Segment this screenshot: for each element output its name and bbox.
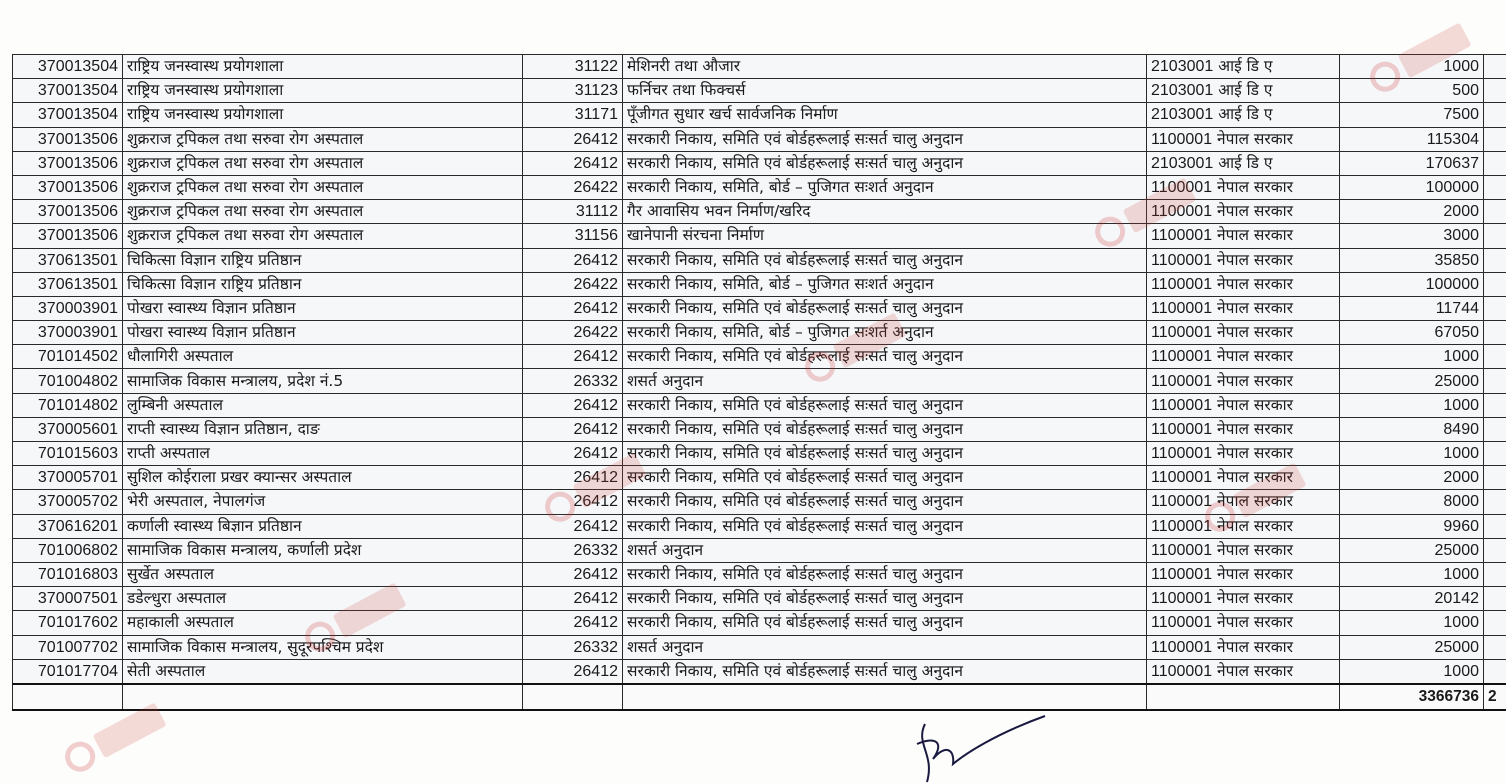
source-code: 1100001 xyxy=(1151,445,1212,462)
source-code: 1100001 xyxy=(1151,373,1212,390)
funding-source-cell: 1100001 नेपाल सरकार xyxy=(1147,296,1340,320)
economic-code-cell: 31112 xyxy=(523,200,623,224)
office-name-cell: सेती अस्पताल xyxy=(123,659,523,684)
amount-cell: 115304 xyxy=(1340,127,1484,151)
budget-code-cell: 701016803 xyxy=(13,562,123,586)
economic-code-cell: 26412 xyxy=(523,393,623,417)
funding-source-cell: 1100001 नेपाल सरकार xyxy=(1147,393,1340,417)
economic-code-cell: 26412 xyxy=(523,490,623,514)
economic-description-cell: सरकारी निकाय, समिति एवं बोर्डहरूलाई सःसर… xyxy=(623,514,1147,538)
extra-cell xyxy=(1484,175,1506,199)
table-row: 370005702भेरी अस्पताल, नेपालगंज26412सरका… xyxy=(13,490,1506,514)
source-code: 1100001 xyxy=(1151,203,1212,220)
extra-cell xyxy=(1484,224,1506,248)
table-row: 701017602महाकाली अस्पताल26412सरकारी निका… xyxy=(13,611,1506,635)
economic-code-cell: 26422 xyxy=(523,321,623,345)
economic-code-cell: 26412 xyxy=(523,248,623,272)
source-code: 2103001 xyxy=(1151,58,1213,75)
source-name: नेपाल सरकार xyxy=(1217,130,1293,148)
source-code: 1100001 xyxy=(1151,421,1212,438)
economic-description-cell: फर्निचर तथा फिक्चर्स xyxy=(623,79,1147,103)
table-row: 370003901पोखरा स्वास्थ्य विज्ञान प्रतिष्… xyxy=(13,296,1506,320)
amount-cell: 1000 xyxy=(1340,562,1484,586)
source-name: नेपाल सरकार xyxy=(1217,347,1293,365)
table-row: 370013504राष्ट्रिय जनस्वास्थ प्रयोगशाला3… xyxy=(13,103,1506,127)
source-code: 1100001 xyxy=(1151,300,1212,317)
source-code: 1100001 xyxy=(1151,590,1212,607)
budget-code-cell: 370013504 xyxy=(13,79,123,103)
amount-cell: 1000 xyxy=(1340,659,1484,684)
budget-code-cell: 701006802 xyxy=(13,538,123,562)
source-code: 1100001 xyxy=(1151,469,1212,486)
source-name: आई डि ए xyxy=(1218,105,1272,123)
table-row: 370013506शुक्रराज ट्रपिकल तथा सरुवा रोग … xyxy=(13,224,1506,248)
amount-cell: 170637 xyxy=(1340,151,1484,175)
source-name: नेपाल सरकार xyxy=(1217,275,1293,293)
funding-source-cell: 1100001 नेपाल सरकार xyxy=(1147,490,1340,514)
source-name: नेपाल सरकार xyxy=(1217,662,1293,680)
economic-code-cell: 26332 xyxy=(523,369,623,393)
office-name-cell: राप्ती स्वास्थ्य विज्ञान प्रतिष्ठान, दाङ xyxy=(123,417,523,441)
source-name: नेपाल सरकार xyxy=(1217,226,1293,244)
source-name: नेपाल सरकार xyxy=(1217,541,1293,559)
funding-source-cell: 1100001 नेपाल सरकार xyxy=(1147,321,1340,345)
economic-code-cell: 31156 xyxy=(523,224,623,248)
economic-description-cell: सरकारी निकाय, समिति एवं बोर्डहरूलाई सःसर… xyxy=(623,127,1147,151)
amount-cell: 1000 xyxy=(1340,55,1484,79)
amount-cell: 500 xyxy=(1340,79,1484,103)
source-name: नेपाल सरकार xyxy=(1217,638,1293,656)
source-name: नेपाल सरकार xyxy=(1217,202,1293,220)
table-row: 701004802सामाजिक विकास मन्त्रालय, प्रदेश… xyxy=(13,369,1506,393)
economic-description-cell: सरकारी निकाय, समिति एवं बोर्डहरूलाई सःसर… xyxy=(623,296,1147,320)
economic-code-cell: 26412 xyxy=(523,127,623,151)
budget-code-cell: 370013506 xyxy=(13,127,123,151)
source-name: आई डि ए xyxy=(1218,57,1272,75)
amount-cell: 67050 xyxy=(1340,321,1484,345)
amount-cell: 25000 xyxy=(1340,635,1484,659)
economic-description-cell: सरकारी निकाय, समिति एवं बोर्डहरूलाई सःसर… xyxy=(623,248,1147,272)
economic-description-cell: सरकारी निकाय, समिति, बोर्ड – पुजिगत सःशर… xyxy=(623,272,1147,296)
economic-description-cell: शसर्त अनुदान xyxy=(623,369,1147,393)
extra-cell xyxy=(1484,369,1506,393)
funding-source-cell: 1100001 नेपाल सरकार xyxy=(1147,587,1340,611)
economic-code-cell: 26412 xyxy=(523,659,623,684)
economic-code-cell: 26412 xyxy=(523,345,623,369)
extra-cell xyxy=(1484,200,1506,224)
source-name: नेपाल सरकार xyxy=(1217,565,1293,583)
extra-cell xyxy=(1484,272,1506,296)
extra-cell xyxy=(1484,635,1506,659)
total-empty-cell xyxy=(123,684,523,710)
table-row: 370013504राष्ट्रिय जनस्वास्थ प्रयोगशाला3… xyxy=(13,55,1506,79)
economic-description-cell: पूँजीगत सुधार खर्च सार्वजनिक निर्माण xyxy=(623,103,1147,127)
economic-description-cell: सरकारी निकाय, समिति एवं बोर्डहरूलाई सःसर… xyxy=(623,345,1147,369)
funding-source-cell: 1100001 नेपाल सरकार xyxy=(1147,272,1340,296)
table-row: 701014802लुम्बिनी अस्पताल26412सरकारी निक… xyxy=(13,393,1506,417)
office-name-cell: पोखरा स्वास्थ्य विज्ञान प्रतिष्ठान xyxy=(123,321,523,345)
source-code: 1100001 xyxy=(1151,324,1212,341)
total-extra-partial: 2 xyxy=(1484,684,1506,710)
amount-cell: 25000 xyxy=(1340,369,1484,393)
budget-code-cell: 370613501 xyxy=(13,272,123,296)
source-code: 1100001 xyxy=(1151,348,1212,365)
economic-code-cell: 26422 xyxy=(523,175,623,199)
budget-code-cell: 370013504 xyxy=(13,55,123,79)
extra-cell xyxy=(1484,393,1506,417)
budget-sheet: 370013504राष्ट्रिय जनस्वास्थ प्रयोगशाला3… xyxy=(12,54,1506,711)
funding-source-cell: 1100001 नेपाल सरकार xyxy=(1147,175,1340,199)
economic-description-cell: सरकारी निकाय, समिति, बोर्ड – पुजिगत सःशर… xyxy=(623,321,1147,345)
extra-cell xyxy=(1484,127,1506,151)
source-code: 1100001 xyxy=(1151,639,1212,656)
table-row: 701016803सुर्खेत अस्पताल26412सरकारी निका… xyxy=(13,562,1506,586)
total-amount: 3366736 xyxy=(1340,684,1484,710)
economic-description-cell: सरकारी निकाय, समिति एवं बोर्डहरूलाई सःसर… xyxy=(623,393,1147,417)
source-code: 1100001 xyxy=(1151,518,1212,535)
economic-code-cell: 26422 xyxy=(523,272,623,296)
table-body: 370013504राष्ट्रिय जनस्वास्थ प्रयोगशाला3… xyxy=(13,55,1506,684)
amount-cell: 7500 xyxy=(1340,103,1484,127)
table-row: 370005601राप्ती स्वास्थ्य विज्ञान प्रतिष… xyxy=(13,417,1506,441)
source-code: 1100001 xyxy=(1151,227,1212,244)
funding-source-cell: 1100001 नेपाल सरकार xyxy=(1147,635,1340,659)
extra-cell xyxy=(1484,659,1506,684)
budget-code-cell: 370007501 xyxy=(13,587,123,611)
economic-code-cell: 26332 xyxy=(523,635,623,659)
budget-code-cell: 370005702 xyxy=(13,490,123,514)
funding-source-cell: 1100001 नेपाल सरकार xyxy=(1147,538,1340,562)
amount-cell: 25000 xyxy=(1340,538,1484,562)
extra-cell xyxy=(1484,296,1506,320)
source-code: 1100001 xyxy=(1151,663,1212,680)
table-row: 370013506शुक्रराज ट्रपिकल तथा सरुवा रोग … xyxy=(13,175,1506,199)
economic-description-cell: शसर्त अनुदान xyxy=(623,538,1147,562)
funding-source-cell: 1100001 नेपाल सरकार xyxy=(1147,417,1340,441)
total-empty-cell xyxy=(13,684,123,710)
extra-cell xyxy=(1484,466,1506,490)
funding-source-cell: 2103001 आई डि ए xyxy=(1147,79,1340,103)
total-row: 3366736 2 xyxy=(13,684,1506,710)
economic-description-cell: गैर आवासिय भवन निर्माण/खरिद xyxy=(623,200,1147,224)
budget-code-cell: 370013506 xyxy=(13,151,123,175)
source-code: 1100001 xyxy=(1151,131,1212,148)
office-name-cell: शुक्रराज ट्रपिकल तथा सरुवा रोग अस्पताल xyxy=(123,127,523,151)
amount-cell: 35850 xyxy=(1340,248,1484,272)
office-name-cell: महाकाली अस्पताल xyxy=(123,611,523,635)
economic-code-cell: 26412 xyxy=(523,296,623,320)
funding-source-cell: 1100001 नेपाल सरकार xyxy=(1147,127,1340,151)
funding-source-cell: 1100001 नेपाल सरकार xyxy=(1147,248,1340,272)
economic-description-cell: सरकारी निकाय, समिति एवं बोर्डहरूलाई सःसर… xyxy=(623,442,1147,466)
source-name: नेपाल सरकार xyxy=(1217,613,1293,631)
economic-description-cell: खानेपानी संरचना निर्माण xyxy=(623,224,1147,248)
extra-cell xyxy=(1484,79,1506,103)
office-name-cell: सुशिल कोईराला प्रखर क्यान्सर अस्पताल xyxy=(123,466,523,490)
source-code: 1100001 xyxy=(1151,276,1212,293)
amount-cell: 9960 xyxy=(1340,514,1484,538)
office-name-cell: कर्णाली स्वास्थ्य बिज्ञान प्रतिष्ठान xyxy=(123,514,523,538)
table-row: 370003901पोखरा स्वास्थ्य विज्ञान प्रतिष्… xyxy=(13,321,1506,345)
source-code: 1100001 xyxy=(1151,614,1212,631)
extra-cell xyxy=(1484,442,1506,466)
budget-code-cell: 370013504 xyxy=(13,103,123,127)
economic-description-cell: शसर्त अनुदान xyxy=(623,635,1147,659)
source-name: नेपाल सरकार xyxy=(1217,251,1293,269)
source-name: नेपाल सरकार xyxy=(1217,492,1293,510)
economic-description-cell: सरकारी निकाय, समिति एवं बोर्डहरूलाई सःसर… xyxy=(623,587,1147,611)
funding-source-cell: 1100001 नेपाल सरकार xyxy=(1147,659,1340,684)
economic-code-cell: 31122 xyxy=(523,55,623,79)
funding-source-cell: 1100001 नेपाल सरकार xyxy=(1147,611,1340,635)
extra-cell xyxy=(1484,321,1506,345)
table-row: 370613501चिकित्सा विज्ञान राष्ट्रिय प्रत… xyxy=(13,272,1506,296)
budget-code-cell: 370616201 xyxy=(13,514,123,538)
office-name-cell: डडेल्धुरा अस्पताल xyxy=(123,587,523,611)
amount-cell: 8000 xyxy=(1340,490,1484,514)
funding-source-cell: 1100001 नेपाल सरकार xyxy=(1147,345,1340,369)
total-empty-cell xyxy=(1147,684,1340,710)
source-name: आई डि ए xyxy=(1218,81,1272,99)
economic-code-cell: 31123 xyxy=(523,79,623,103)
office-name-cell: राष्ट्रिय जनस्वास्थ प्रयोगशाला xyxy=(123,103,523,127)
economic-description-cell: सरकारी निकाय, समिति एवं बोर्डहरूलाई सःसर… xyxy=(623,417,1147,441)
budget-code-cell: 701004802 xyxy=(13,369,123,393)
source-name: नेपाल सरकार xyxy=(1217,444,1293,462)
funding-source-cell: 1100001 नेपाल सरकार xyxy=(1147,562,1340,586)
amount-cell: 11744 xyxy=(1340,296,1484,320)
budget-code-cell: 701007702 xyxy=(13,635,123,659)
table-row: 370616201कर्णाली स्वास्थ्य बिज्ञान प्रति… xyxy=(13,514,1506,538)
budget-code-cell: 370005701 xyxy=(13,466,123,490)
table-row: 370005701सुशिल कोईराला प्रखर क्यान्सर अस… xyxy=(13,466,1506,490)
source-name: नेपाल सरकार xyxy=(1217,396,1293,414)
office-name-cell: चिकित्सा विज्ञान राष्ट्रिय प्रतिष्ठान xyxy=(123,272,523,296)
source-name: नेपाल सरकार xyxy=(1217,372,1293,390)
budget-code-cell: 370003901 xyxy=(13,321,123,345)
source-name: नेपाल सरकार xyxy=(1217,468,1293,486)
budget-code-cell: 370005601 xyxy=(13,417,123,441)
economic-description-cell: सरकारी निकाय, समिति, बोर्ड – पुजिगत सःशर… xyxy=(623,175,1147,199)
budget-code-cell: 701014802 xyxy=(13,393,123,417)
extra-cell xyxy=(1484,345,1506,369)
budget-code-cell: 701015603 xyxy=(13,442,123,466)
economic-code-cell: 26332 xyxy=(523,538,623,562)
amount-cell: 3000 xyxy=(1340,224,1484,248)
source-code: 2103001 xyxy=(1151,106,1213,123)
office-name-cell: लुम्बिनी अस्पताल xyxy=(123,393,523,417)
source-name: नेपाल सरकार xyxy=(1217,517,1293,535)
source-name: नेपाल सरकार xyxy=(1217,420,1293,438)
economic-description-cell: मेशिनरी तथा औजार xyxy=(623,55,1147,79)
office-name-cell: सामाजिक विकास मन्त्रालय, कर्णाली प्रदेश xyxy=(123,538,523,562)
amount-cell: 20142 xyxy=(1340,587,1484,611)
funding-source-cell: 1100001 नेपाल सरकार xyxy=(1147,369,1340,393)
amount-cell: 2000 xyxy=(1340,466,1484,490)
source-code: 1100001 xyxy=(1151,179,1212,196)
office-name-cell: शुक्रराज ट्रपिकल तथा सरुवा रोग अस्पताल xyxy=(123,224,523,248)
funding-source-cell: 2103001 आई डि ए xyxy=(1147,55,1340,79)
extra-cell xyxy=(1484,611,1506,635)
source-code: 1100001 xyxy=(1151,566,1212,583)
office-name-cell: सामाजिक विकास मन्त्रालय, प्रदेश नं.5 xyxy=(123,369,523,393)
amount-cell: 2000 xyxy=(1340,200,1484,224)
signature-mark xyxy=(905,714,1055,783)
office-name-cell: राष्ट्रिय जनस्वास्थ प्रयोगशाला xyxy=(123,79,523,103)
economic-code-cell: 31171 xyxy=(523,103,623,127)
amount-cell: 1000 xyxy=(1340,611,1484,635)
table-row: 370013506शुक्रराज ट्रपिकल तथा सरुवा रोग … xyxy=(13,151,1506,175)
economic-description-cell: सरकारी निकाय, समिति एवं बोर्डहरूलाई सःसर… xyxy=(623,611,1147,635)
office-name-cell: भेरी अस्पताल, नेपालगंज xyxy=(123,490,523,514)
economic-code-cell: 26412 xyxy=(523,587,623,611)
source-code: 1100001 xyxy=(1151,493,1212,510)
office-name-cell: शुक्रराज ट्रपिकल तथा सरुवा रोग अस्पताल xyxy=(123,200,523,224)
extra-cell xyxy=(1484,587,1506,611)
table-row: 370613501चिकित्सा विज्ञान राष्ट्रिय प्रत… xyxy=(13,248,1506,272)
budget-code-cell: 701017704 xyxy=(13,659,123,684)
budget-table: 370013504राष्ट्रिय जनस्वास्थ प्रयोगशाला3… xyxy=(12,54,1506,711)
table-row: 701007702सामाजिक विकास मन्त्रालय, सुदूरप… xyxy=(13,635,1506,659)
extra-cell xyxy=(1484,417,1506,441)
economic-description-cell: सरकारी निकाय, समिति एवं बोर्डहरूलाई सःसर… xyxy=(623,562,1147,586)
extra-cell xyxy=(1484,562,1506,586)
office-name-cell: राष्ट्रिय जनस्वास्थ प्रयोगशाला xyxy=(123,55,523,79)
funding-source-cell: 1100001 नेपाल सरकार xyxy=(1147,442,1340,466)
source-name: नेपाल सरकार xyxy=(1217,323,1293,341)
table-row: 370013504राष्ट्रिय जनस्वास्थ प्रयोगशाला3… xyxy=(13,79,1506,103)
office-name-cell: शुक्रराज ट्रपिकल तथा सरुवा रोग अस्पताल xyxy=(123,151,523,175)
economic-code-cell: 26412 xyxy=(523,514,623,538)
source-code: 2103001 xyxy=(1151,155,1213,172)
source-name: नेपाल सरकार xyxy=(1217,178,1293,196)
source-code: 2103001 xyxy=(1151,82,1213,99)
office-name-cell: धौलागिरी अस्पताल xyxy=(123,345,523,369)
funding-source-cell: 2103001 आई डि ए xyxy=(1147,151,1340,175)
source-name: नेपाल सरकार xyxy=(1217,299,1293,317)
office-name-cell: सामाजिक विकास मन्त्रालय, सुदूरपश्चिम प्र… xyxy=(123,635,523,659)
budget-code-cell: 701017602 xyxy=(13,611,123,635)
amount-cell: 1000 xyxy=(1340,345,1484,369)
extra-cell xyxy=(1484,151,1506,175)
amount-cell: 8490 xyxy=(1340,417,1484,441)
budget-code-cell: 370013506 xyxy=(13,224,123,248)
budget-code-cell: 701014502 xyxy=(13,345,123,369)
office-name-cell: राप्ती अस्पताल xyxy=(123,442,523,466)
economic-description-cell: सरकारी निकाय, समिति एवं बोर्डहरूलाई सःसर… xyxy=(623,466,1147,490)
budget-code-cell: 370013506 xyxy=(13,175,123,199)
economic-code-cell: 26412 xyxy=(523,417,623,441)
office-name-cell: पोखरा स्वास्थ्य विज्ञान प्रतिष्ठान xyxy=(123,296,523,320)
source-code: 1100001 xyxy=(1151,542,1212,559)
office-name-cell: चिकित्सा विज्ञान राष्ट्रिय प्रतिष्ठान xyxy=(123,248,523,272)
total-empty-cell xyxy=(523,684,623,710)
economic-code-cell: 26412 xyxy=(523,562,623,586)
office-name-cell: सुर्खेत अस्पताल xyxy=(123,562,523,586)
economic-description-cell: सरकारी निकाय, समिति एवं बोर्डहरूलाई सःसर… xyxy=(623,659,1147,684)
table-row: 701006802सामाजिक विकास मन्त्रालय, कर्णाल… xyxy=(13,538,1506,562)
economic-description-cell: सरकारी निकाय, समिति एवं बोर्डहरूलाई सःसर… xyxy=(623,490,1147,514)
office-name-cell: शुक्रराज ट्रपिकल तथा सरुवा रोग अस्पताल xyxy=(123,175,523,199)
table-row: 370013506शुक्रराज ट्रपिकल तथा सरुवा रोग … xyxy=(13,127,1506,151)
source-code: 1100001 xyxy=(1151,397,1212,414)
extra-cell xyxy=(1484,103,1506,127)
total-empty-cell xyxy=(623,684,1147,710)
extra-cell xyxy=(1484,248,1506,272)
amount-cell: 100000 xyxy=(1340,175,1484,199)
table-row: 701015603राप्ती अस्पताल26412सरकारी निकाय… xyxy=(13,442,1506,466)
economic-description-cell: सरकारी निकाय, समिति एवं बोर्डहरूलाई सःसर… xyxy=(623,151,1147,175)
amount-cell: 1000 xyxy=(1340,393,1484,417)
funding-source-cell: 1100001 नेपाल सरकार xyxy=(1147,224,1340,248)
table-row: 701014502धौलागिरी अस्पताल26412सरकारी निक… xyxy=(13,345,1506,369)
funding-source-cell: 1100001 नेपाल सरकार xyxy=(1147,200,1340,224)
economic-code-cell: 26412 xyxy=(523,611,623,635)
table-row: 701017704सेती अस्पताल26412सरकारी निकाय, … xyxy=(13,659,1506,684)
amount-cell: 100000 xyxy=(1340,272,1484,296)
amount-cell: 1000 xyxy=(1340,442,1484,466)
funding-source-cell: 1100001 नेपाल सरकार xyxy=(1147,514,1340,538)
economic-code-cell: 26412 xyxy=(523,466,623,490)
source-code: 1100001 xyxy=(1151,252,1212,269)
funding-source-cell: 1100001 नेपाल सरकार xyxy=(1147,466,1340,490)
funding-source-cell: 2103001 आई डि ए xyxy=(1147,103,1340,127)
extra-cell xyxy=(1484,490,1506,514)
budget-code-cell: 370613501 xyxy=(13,248,123,272)
extra-cell xyxy=(1484,514,1506,538)
table-row: 370013506शुक्रराज ट्रपिकल तथा सरुवा रोग … xyxy=(13,200,1506,224)
source-name: नेपाल सरकार xyxy=(1217,589,1293,607)
budget-code-cell: 370013506 xyxy=(13,200,123,224)
extra-cell xyxy=(1484,55,1506,79)
extra-cell xyxy=(1484,538,1506,562)
table-row: 370007501डडेल्धुरा अस्पताल26412सरकारी नि… xyxy=(13,587,1506,611)
source-name: आई डि ए xyxy=(1218,154,1272,172)
economic-code-cell: 26412 xyxy=(523,442,623,466)
budget-code-cell: 370003901 xyxy=(13,296,123,320)
economic-code-cell: 26412 xyxy=(523,151,623,175)
